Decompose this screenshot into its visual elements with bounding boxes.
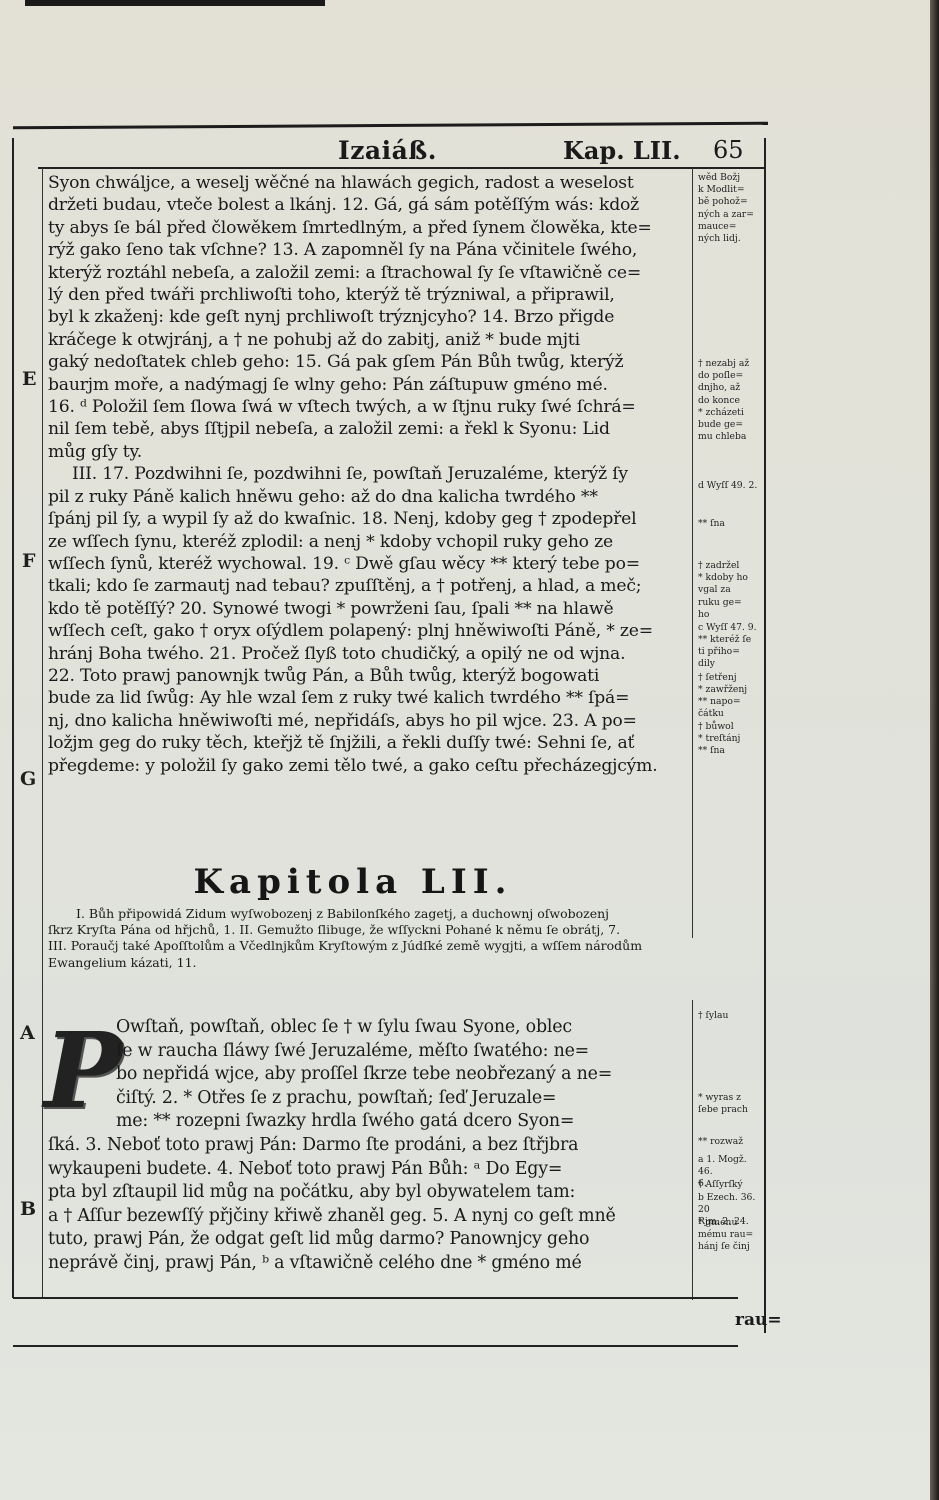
text-line: 16. ᵈ Položil ſem ſlowa ſwá w vſtech twý…: [48, 396, 693, 418]
text-line: me: ** rozepni ſwazky hrdla ſwého gatá d…: [48, 1110, 693, 1134]
margin-note: * zawřženj: [698, 684, 764, 696]
top-rule: [13, 122, 768, 130]
text-line: ſe w raucha ſláwy ſwé Jeruzaléme, měſto …: [48, 1040, 693, 1064]
book-title: Izaiáß.: [338, 136, 437, 165]
section-marker-e: E: [22, 368, 36, 390]
book-spine-edge: [930, 0, 939, 1500]
text-line: můg gſy ty.: [48, 441, 693, 463]
margin-note: † zadržel * kdoby ho vgal za ruku ge= ho: [698, 560, 764, 621]
text-line: ze wſſech ſynu, kteréž zplodil: a nenj *…: [48, 531, 693, 553]
section-marker-b: B: [20, 1198, 36, 1220]
summary-line: III. Poraučj také Apoſſtolům a Včedlnjků…: [48, 938, 693, 954]
inner-margin-rule: [42, 168, 43, 1298]
margin-note: † nezabj až do poſle= dnjho, až do konce…: [698, 358, 764, 443]
summary-line: Ewangelium kázati, 11.: [48, 955, 693, 971]
margin-note: ** napo= čátku: [698, 696, 764, 720]
chapter-label: Kap. LII.: [563, 136, 681, 165]
text-line: Owſtaň, powſtaň, oblec ſe † w ſylu ſwau …: [48, 1016, 693, 1040]
margin-note: ** rozwaž: [698, 1136, 764, 1148]
margin-note: ** ſna: [698, 745, 764, 757]
text-line: 22. Toto prawj panownjk twůg Pán, a Bůh …: [48, 665, 693, 687]
text-line: neprávě činj, prawj Pán, ᵇ a vſtawičně c…: [48, 1252, 693, 1276]
margin-note: ** ſna: [698, 518, 764, 530]
section-marker-f: F: [22, 550, 36, 572]
margin-note: wěd Božj k Modlit= bě pohož= ných a zar=…: [698, 172, 764, 245]
margin-note: * gménu mému rau= hánj ſe činj: [698, 1217, 764, 1254]
text-line: bude za lid ſwůg: Ay hle wzal ſem z ruky…: [48, 687, 693, 709]
text-line: kráčege k otwjránj, a † ne pohubj až do …: [48, 329, 693, 351]
chapter-text: Owſtaň, powſtaň, oblec ſe † w ſylu ſwau …: [48, 1016, 693, 1276]
footer-rule: [13, 1345, 738, 1347]
margin-note: c Wyſſ 47. 9.: [698, 622, 764, 634]
text-line: bo nepřidá wjce, aby proſſel ſkrze tebe …: [48, 1063, 693, 1087]
text-line: nil ſem tebě, abys ſſtjpil nebeſa, a zal…: [48, 418, 693, 440]
text-line: lý den před twáři prchliwoſti toho, kter…: [48, 284, 693, 306]
text-line: nj, dno kalicha hněwiwoſti mé, nepřidáſs…: [48, 710, 693, 732]
scan-edge-strip: [25, 0, 325, 6]
margin-note: † ſylau: [698, 1010, 764, 1022]
margin-note: ** kteréž ſe ti přiho= dily: [698, 634, 764, 671]
text-line: ſpánj pil ſy, a wypil ſy až do kwaſnic. …: [48, 508, 693, 530]
text-line: tuto, prawj Pán, že odgat geſt lid můg d…: [48, 1228, 693, 1252]
text-line: přegdeme: y položil ſy gako zemi tělo tw…: [48, 755, 693, 777]
left-border: [12, 138, 14, 1298]
header-rule: [38, 167, 766, 169]
text-line: baurjm moře, a nadýmagj ſe wlny geho: Pá…: [48, 374, 693, 396]
text-line: ložjm geg do ruky těch, kteřjž tě ſnjžil…: [48, 732, 693, 754]
text-line: pil z ruky Páně kalich hněwu geho: až do…: [48, 486, 693, 508]
body-text: Syon chwáljce, a weselj wěčné na hlawách…: [48, 172, 693, 777]
text-line: tkali; kdo ſe zarmautj nad tebau? zpuſſt…: [48, 575, 693, 597]
text-line: ſká. 3. Neboť toto prawj Pán: Darmo ſte …: [48, 1134, 693, 1158]
book-page: Izaiáß. Kap. LII. 65 Syon chwáljce, a we…: [0, 0, 930, 1500]
catchword: rau=: [735, 1310, 782, 1330]
text-line: rýž gako ſeno tak vſchne? 13. A zapomněl…: [48, 239, 693, 261]
margin-note: * wyras z ſebe prach: [698, 1092, 764, 1116]
text-line: a † Aſſur bezewſſý přjčiny křiwě zhaněl …: [48, 1205, 693, 1229]
text-line: gaký nedoſtatek chleb geho: 15. Gá pak g…: [48, 351, 693, 373]
right-border: [764, 138, 766, 1333]
text-line: kdo tě potěſſý? 20. Synowé twogi * powrž…: [48, 598, 693, 620]
margin-note: * treſtánj: [698, 733, 764, 745]
text-line: kterýž roztáhl nebeſa, a založil zemi: a…: [48, 262, 693, 284]
text-line: wſſech ſynů, kteréž wychowal. 19. ᶜ Dwě …: [48, 553, 693, 575]
text-line: Syon chwáljce, a weselj wěčné na hlawách…: [48, 172, 693, 194]
summary-line: I. Bůh připowidá Zidum wyſwobozenj z Bab…: [48, 906, 693, 922]
section-marker-g: G: [20, 768, 36, 790]
margin-note: † Aſſyrſký: [698, 1179, 764, 1191]
chapter-summary: I. Bůh připowidá Zidum wyſwobozenj z Bab…: [48, 906, 693, 971]
text-line: wykaupeni budete. 4. Neboť toto prawj Pá…: [48, 1158, 693, 1182]
section-marker-a: A: [20, 1022, 35, 1044]
running-head: Izaiáß. Kap. LII. 65: [8, 132, 766, 166]
page-number: 65: [713, 136, 744, 164]
text-line: ty abys ſe bál před člowěkem ſmrtedlným,…: [48, 217, 693, 239]
text-line: hránj Boha twého. 21. Pročež ſlyß toto c…: [48, 643, 693, 665]
margin-note: † ſetřenj: [698, 672, 764, 684]
text-line: pta byl zſtaupil lid můg na počátku, aby…: [48, 1181, 693, 1205]
margin-note: d Wyſſ 49. 2.: [698, 480, 764, 492]
text-line: III. 17. Pozdwihni ſe, pozdwihni ſe, pow…: [48, 463, 693, 485]
chapter-title: Kapitola LII.: [8, 862, 698, 902]
summary-line: ſkrz Kryſta Pána od hřjchů, 1. II. Gemuž…: [48, 922, 693, 938]
text-line: držeti budau, vteče bolest a lkánj. 12. …: [48, 194, 693, 216]
text-line: wſſech ceſt, gako † oryx oſýdlem polapen…: [48, 620, 693, 642]
margin-note: † bůwol: [698, 721, 764, 733]
text-line: byl k zkaženj: kde geſt nynj prchliwoſt …: [48, 306, 693, 328]
text-frame: Izaiáß. Kap. LII. 65 Syon chwáljce, a we…: [8, 110, 766, 1305]
bottom-rule: [13, 1297, 738, 1299]
text-line: čiſtý. 2. * Otřes ſe z prachu, powſtaň; …: [48, 1087, 693, 1111]
